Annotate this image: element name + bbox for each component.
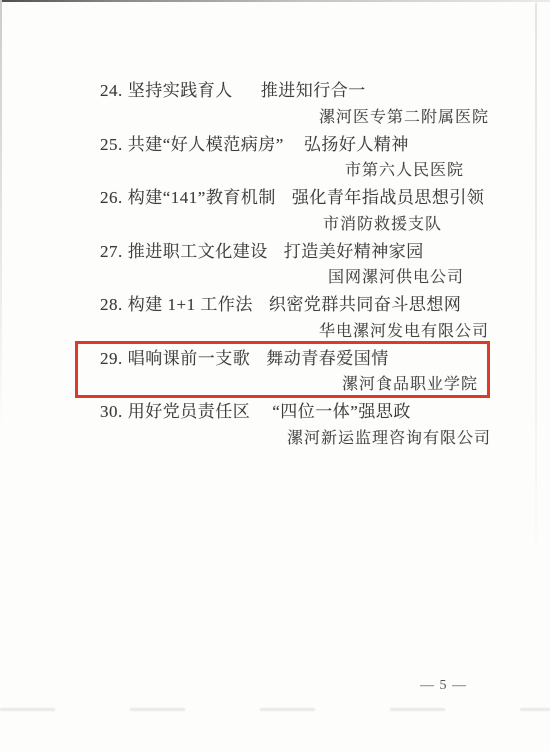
page-number: — 5 — xyxy=(420,678,467,694)
item-title: 24.坚持实践育人推进知行合一 xyxy=(100,78,497,105)
list-item-30: 30.用好党员责任区“四位一体”强思政 漯河新运监理咨询有限公司 xyxy=(100,399,497,453)
item-title-first: 构建 1+1 工作法 xyxy=(128,295,253,314)
item-title: 28.构建 1+1 工作法织密党群共同奋斗思想网 xyxy=(100,292,497,319)
list-item-29-highlighted: 29.唱响课前一支歌舞动青春爱国情 漯河食品职业学院 xyxy=(100,346,497,400)
item-organization: 漯河新运监理咨询有限公司 xyxy=(100,426,497,453)
item-title-second: 舞动青春爱国情 xyxy=(266,349,389,368)
item-number: 30. xyxy=(100,402,123,421)
item-title: 27.推进职工文化建设打造美好精神家园 xyxy=(100,239,497,266)
item-organization: 华电漯河发电有限公司 xyxy=(100,319,497,346)
list-item-27: 27.推进职工文化建设打造美好精神家园 国网漯河供电公司 xyxy=(100,239,497,293)
item-title-first: 唱响课前一支歌 xyxy=(128,349,251,368)
item-title: 25.共建“好人模范病房”弘扬好人精神 xyxy=(100,132,497,159)
list-item-28: 28.构建 1+1 工作法织密党群共同奋斗思想网 华电漯河发电有限公司 xyxy=(100,292,497,346)
scan-edge-top xyxy=(0,0,550,2)
item-title-first: 用好党员责任区 xyxy=(128,402,251,421)
scan-artifact-vertical-line xyxy=(535,3,537,573)
award-project-list: 24.坚持实践育人推进知行合一 漯河医专第二附属医院 25.共建“好人模范病房”… xyxy=(100,78,497,453)
list-item-24: 24.坚持实践育人推进知行合一 漯河医专第二附属医院 xyxy=(100,78,497,132)
item-title-first: 构建“141”教育机制 xyxy=(128,188,276,207)
scanned-document-page: 24.坚持实践育人推进知行合一 漯河医专第二附属医院 25.共建“好人模范病房”… xyxy=(0,0,550,751)
item-number: 24. xyxy=(100,81,123,100)
list-item-25: 25.共建“好人模范病房”弘扬好人精神 市第六人民医院 xyxy=(100,132,497,186)
item-title-first: 推进职工文化建设 xyxy=(128,242,268,261)
item-number: 27. xyxy=(100,242,123,261)
item-title-first: 坚持实践育人 xyxy=(128,81,233,100)
item-organization: 漯河食品职业学院 xyxy=(100,372,497,399)
item-title-second: 弘扬好人精神 xyxy=(304,135,409,154)
item-title: 29.唱响课前一支歌舞动青春爱国情 xyxy=(100,346,497,373)
item-title-second: “四位一体”强思政 xyxy=(272,402,411,421)
item-title-second: 强化青年指战员思想引领 xyxy=(292,188,485,207)
item-number: 25. xyxy=(100,135,123,154)
item-title: 26.构建“141”教育机制强化青年指战员思想引领 xyxy=(100,185,497,212)
item-title-second: 打造美好精神家园 xyxy=(284,242,424,261)
item-number: 29. xyxy=(100,349,123,368)
item-organization: 市消防救援支队 xyxy=(100,212,497,239)
item-title-second: 织密党群共同奋斗思想网 xyxy=(269,295,462,314)
item-number: 26. xyxy=(100,188,123,207)
item-title-second: 推进知行合一 xyxy=(261,81,366,100)
item-number: 28. xyxy=(100,295,123,314)
scan-edge-left xyxy=(0,0,2,430)
scan-artifact-bottom-smudge xyxy=(0,708,550,711)
item-title: 30.用好党员责任区“四位一体”强思政 xyxy=(100,399,497,426)
item-organization: 市第六人民医院 xyxy=(100,158,497,185)
item-title-first: 共建“好人模范病房” xyxy=(128,135,284,154)
item-organization: 国网漯河供电公司 xyxy=(100,265,497,292)
item-organization: 漯河医专第二附属医院 xyxy=(100,105,497,132)
list-item-26: 26.构建“141”教育机制强化青年指战员思想引领 市消防救援支队 xyxy=(100,185,497,239)
